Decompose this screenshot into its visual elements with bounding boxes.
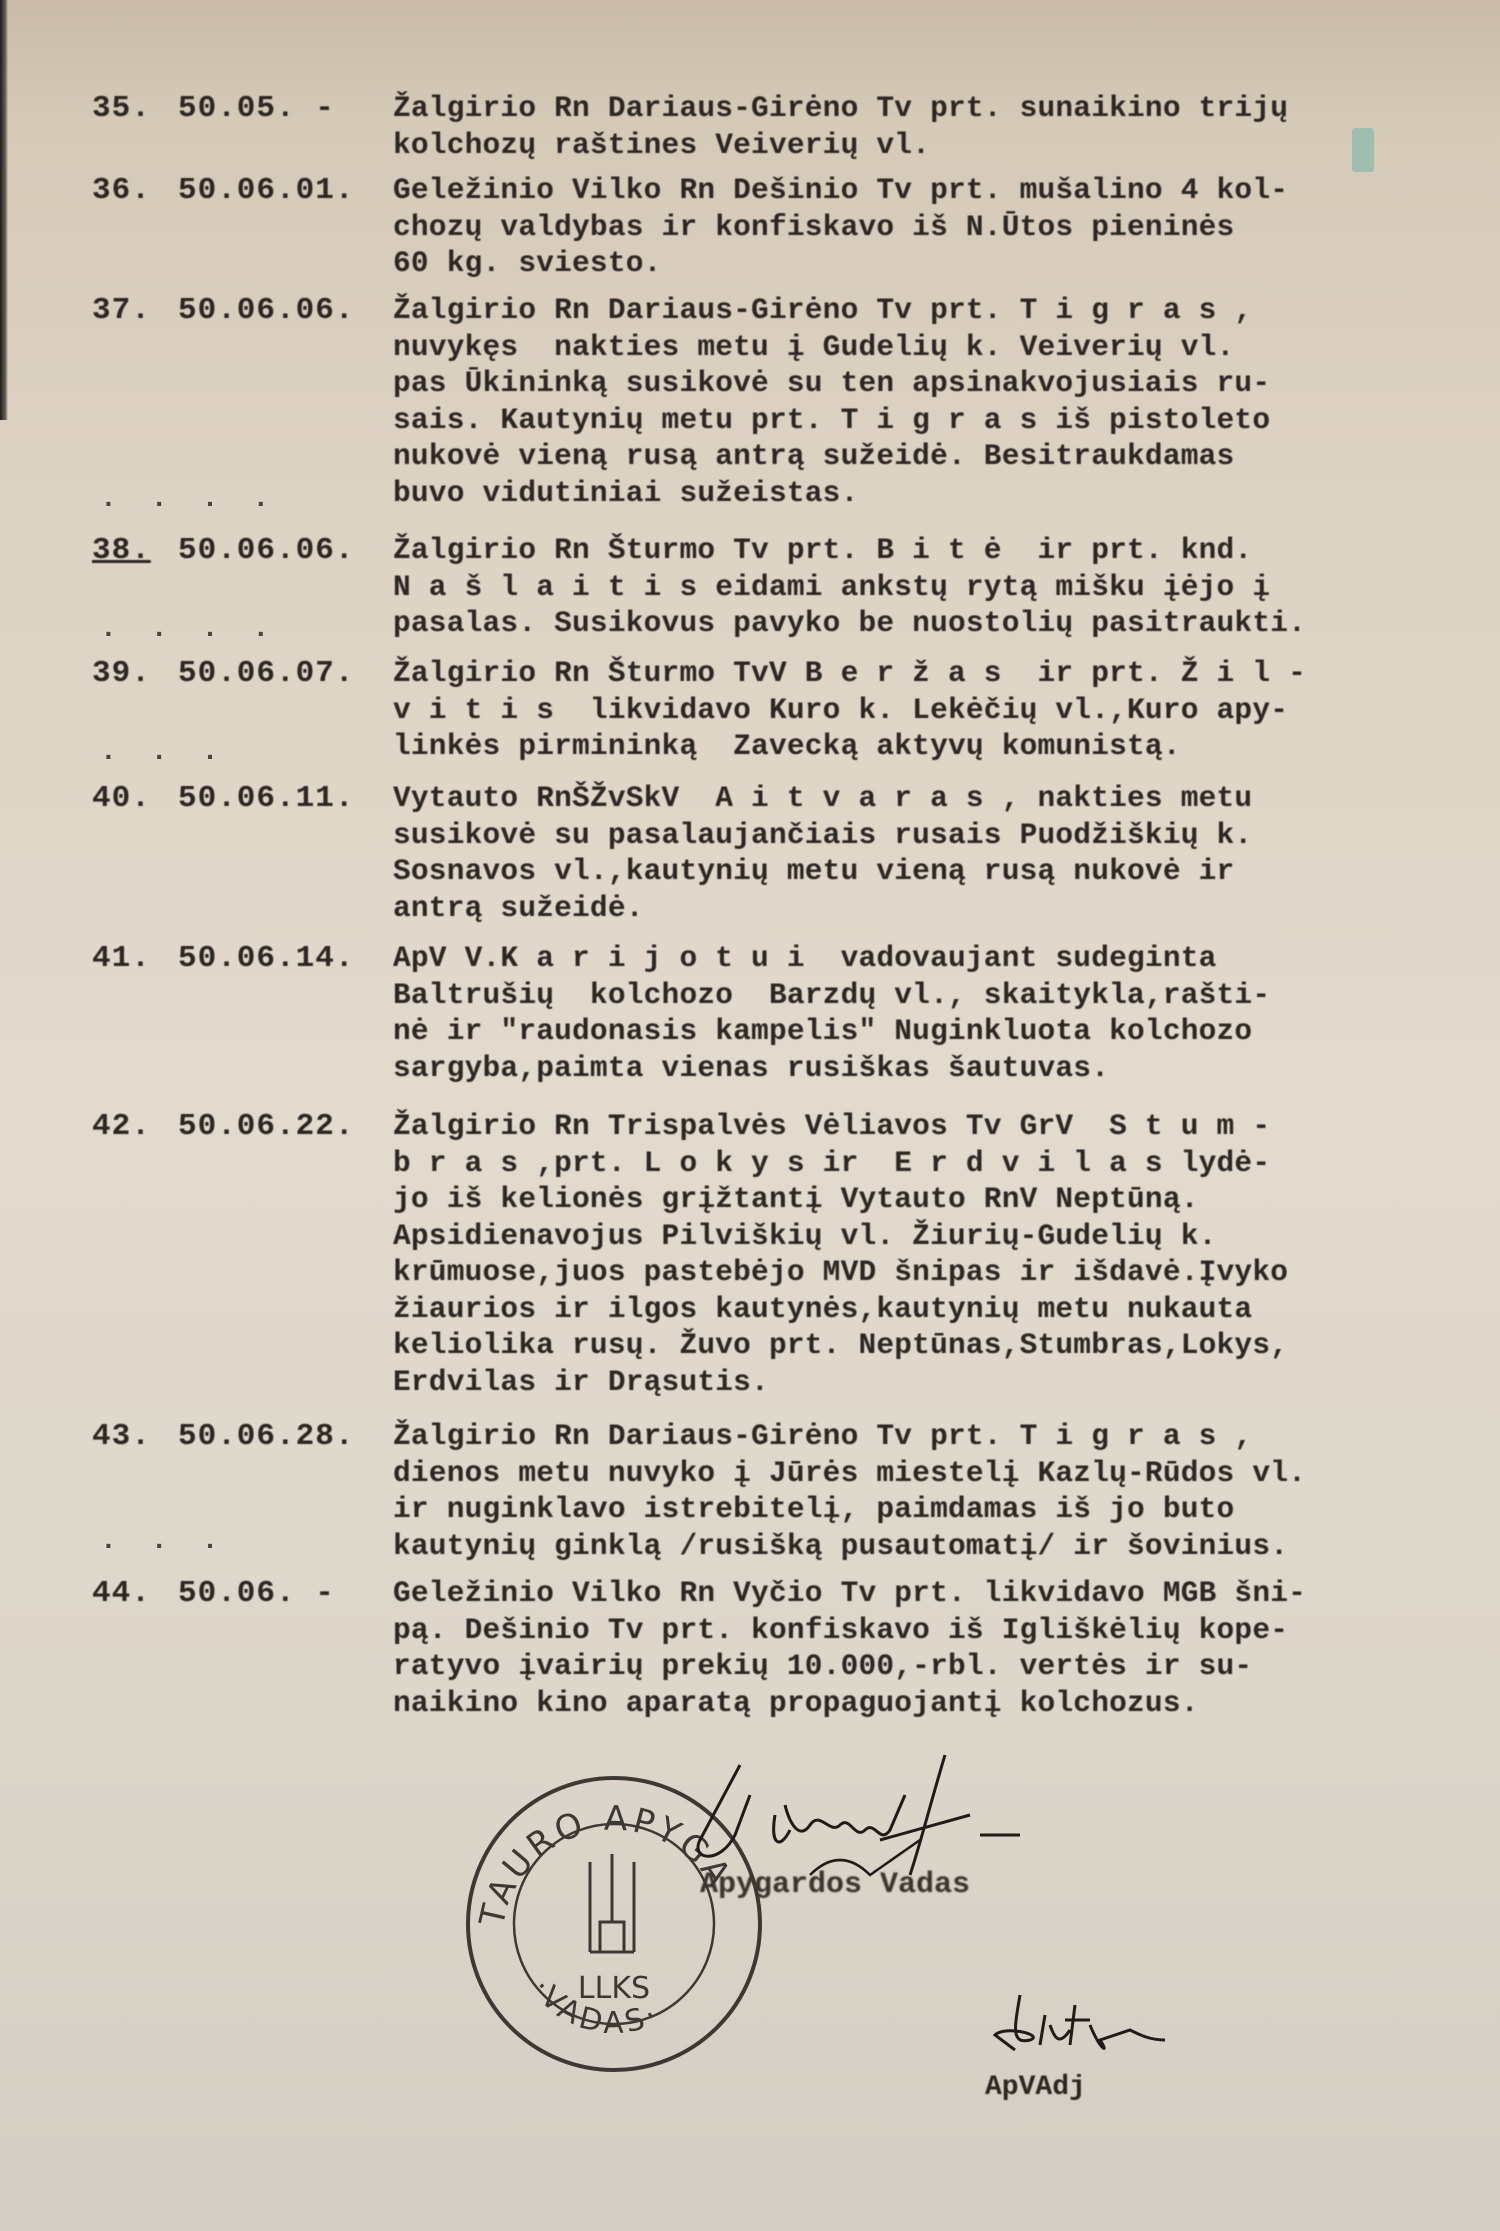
entry-text: Žalgirio Rn Dariaus-Girėno Tv prt. sunai… (393, 90, 1500, 163)
entry-number: 43. (92, 1418, 151, 1455)
entry-date: 50.06.06. (178, 292, 354, 329)
entry-text: Geležinio Vilko Rn Dešinio Tv prt. mušal… (393, 172, 1500, 282)
separator-dots: .... (100, 484, 303, 515)
entry-number: 38. (92, 532, 151, 569)
entry-date: 50.06.01. (178, 172, 354, 209)
entry-text: Žalgirio Rn Trispalvės Vėliavos Tv GrV S… (393, 1108, 1500, 1400)
entry-text: Žalgirio Rn Šturmo TvV B e r ž a s ir pr… (393, 655, 1500, 765)
entry-number: 40. (92, 780, 151, 817)
entry-number: 39. (92, 655, 151, 692)
entry-number: 42. (92, 1108, 151, 1145)
svg-text:LLKS: LLKS (578, 1971, 650, 2006)
entry-date: 50.06.07. (178, 655, 354, 692)
entry-number: 41. (92, 940, 151, 977)
commander-title: Apygardos Vadas (700, 1868, 970, 1902)
entry-date: 50.06.22. (178, 1108, 354, 1145)
entry-text: Geležinio Vilko Rn Vyčio Tv prt. likvida… (393, 1575, 1500, 1721)
entry-date: 50.06.06. (178, 532, 354, 569)
adjutant-signature-icon (990, 1985, 1170, 2065)
entry-number: 37. (92, 292, 151, 329)
entry-date: 50.05. - (178, 90, 335, 127)
entry-text: ApV V.K a r i j o t u i vadovaujant sude… (393, 940, 1500, 1086)
entry-number: 44. (92, 1575, 151, 1612)
separator-dots: ... (100, 737, 252, 768)
separator-dots: ... (100, 1526, 252, 1557)
entry-number: 35. (92, 90, 151, 127)
separator-dots: .... (100, 614, 303, 645)
typed-document-page: 35. 50.05. - Žalgirio Rn Dariaus-Girėno … (0, 0, 1500, 2231)
entry-date: 50.06. - (178, 1575, 335, 1612)
entry-date: 50.06.14. (178, 940, 354, 977)
entry-text: Vytauto RnŠŽvSkV A i t v a r a s , nakti… (393, 780, 1500, 926)
paper-stain (1352, 128, 1374, 172)
entry-text: Žalgirio Rn Šturmo Tv prt. B i t ė ir pr… (393, 532, 1500, 642)
entry-text: Žalgirio Rn Dariaus-Girėno Tv prt. T i g… (393, 1418, 1500, 1564)
entry-date: 50.06.11. (178, 780, 354, 817)
entry-text: Žalgirio Rn Dariaus-Girėno Tv prt. T i g… (393, 292, 1500, 511)
adjutant-title: ApVAdj (985, 2072, 1086, 2103)
entry-date: 50.06.28. (178, 1418, 354, 1455)
entry-number: 36. (92, 172, 151, 209)
